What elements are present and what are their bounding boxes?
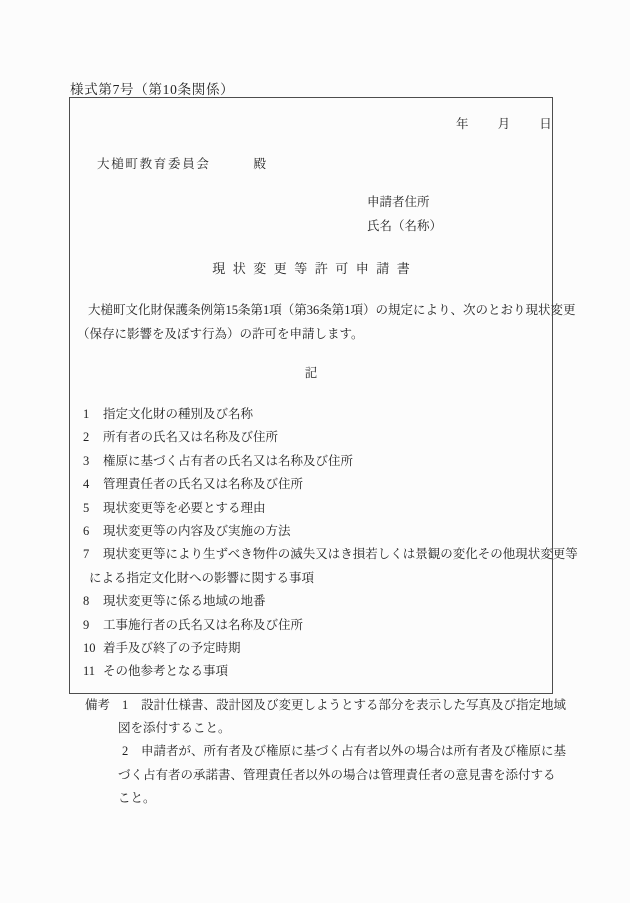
list-item-number: 2 (83, 426, 89, 449)
applicant-address-label: 申請者住所 (367, 190, 442, 214)
statement-line-2: （保存に影響を及ぼす行為）の許可を申請します。 (77, 322, 576, 346)
list-item-number: 3 (83, 450, 89, 473)
list-item-7-continuation: による指定文化財への影響に関する事項 (70, 567, 552, 590)
list-item-9: 9 工事施行者の氏名又は名称及び住所 (70, 614, 552, 637)
date-line: 年 月 日 (456, 114, 552, 132)
remark-item-text: 申請者が、所有者及び権原に基づく占有者以外の場合は所有者及び権原に基 (141, 744, 566, 758)
list-item-text: 指定文化財の種別及び名称 (103, 407, 253, 421)
list-item-7: 7 現状変更等により生ずべき物件の滅失又はき損若しくは景観の変化その他現状変更等 (70, 543, 552, 566)
applicant-name-label: 氏名（名称） (367, 214, 442, 238)
remark-item-number: 2 (122, 740, 128, 763)
list-item-text: 所有者の氏名又は名称及び住所 (103, 430, 278, 444)
list-item-text: その他参考となる事項 (103, 664, 228, 678)
list-item-number: 4 (83, 473, 89, 496)
list-item-number: 8 (83, 590, 89, 613)
list-item-2: 2 所有者の氏名又は名称及び住所 (70, 426, 552, 449)
list-item-text: 現状変更等により生ずべき物件の滅失又はき損若しくは景観の変化その他現状変更等 (103, 547, 578, 561)
form-number-label: 様式第7号（第10条関係） (70, 78, 234, 98)
remark-item-number: 1 (122, 694, 128, 717)
year-label: 年 (456, 117, 469, 131)
remarks-label: 備考 (85, 694, 110, 717)
list-item-number: 11 (83, 660, 95, 683)
addressee-honorific: 殿 (253, 154, 267, 172)
month-label: 月 (498, 114, 511, 132)
remarks-section: 備考 1 設計仕様書、設計図及び変更しようとする部分を表示した写真及び指定地域 … (85, 694, 566, 810)
list-item-number: 5 (83, 497, 89, 520)
remark-item-1-line-1: 1 設計仕様書、設計図及び変更しようとする部分を表示した写真及び指定地域 (118, 694, 566, 717)
list-item-1: 1 指定文化財の種別及び名称 (70, 403, 552, 426)
remarks-items: 1 設計仕様書、設計図及び変更しようとする部分を表示した写真及び指定地域 図を添… (118, 694, 566, 810)
remark-item-1-line-2: 図を添付すること。 (118, 717, 566, 740)
list-item-10: 10 着手及び終了の予定時期 (70, 637, 552, 660)
addressee-line: 大槌町教育委員会 殿 (97, 154, 268, 172)
list-item-text: 工事施行者の氏名又は名称及び住所 (103, 618, 303, 632)
item-list: 1 指定文化財の種別及び名称 2 所有者の氏名又は名称及び住所 3 権原に基づく… (70, 403, 552, 684)
list-item-number: 7 (83, 543, 89, 566)
document-page: 様式第7号（第10条関係） 年 月 日 大槌町教育委員会 殿 申請者住所 氏名（… (0, 0, 630, 903)
list-item-5: 5 現状変更等を必要とする理由 (70, 497, 552, 520)
form-title: 現状変更等許可申請書 (70, 258, 552, 277)
list-item-text: 現状変更等を必要とする理由 (103, 501, 266, 515)
list-item-8: 8 現状変更等に係る地域の地番 (70, 590, 552, 613)
list-item-3: 3 権原に基づく占有者の氏名又は名称及び住所 (70, 450, 552, 473)
list-item-number: 6 (83, 520, 89, 543)
list-item-text: 管理責任者の氏名又は名称及び住所 (103, 477, 303, 491)
list-item-text: 権原に基づく占有者の氏名又は名称及び住所 (103, 454, 353, 468)
list-item-text: 現状変更等に係る地域の地番 (103, 594, 266, 608)
addressee-name: 大槌町教育委員会 (97, 157, 211, 171)
application-form-box: 年 月 日 大槌町教育委員会 殿 申請者住所 氏名（名称） 現状変更等許可申請書… (69, 97, 553, 694)
list-item-number: 1 (83, 403, 89, 426)
list-item-number: 10 (83, 637, 96, 660)
statement-line-1: 大槌町文化財保護条例第15条第1項（第36条第1項）の規定により、次のとおり現状… (77, 298, 576, 322)
list-item-text: 現状変更等の内容及び実施の方法 (103, 524, 291, 538)
applicant-block: 申請者住所 氏名（名称） (367, 190, 442, 238)
remark-item-2-line-1: 2 申請者が、所有者及び権原に基づく占有者以外の場合は所有者及び権原に基 (118, 740, 566, 763)
list-item-text: 着手及び終了の予定時期 (103, 641, 241, 655)
remark-item-2-line-3: こと。 (118, 787, 566, 810)
list-item-6: 6 現状変更等の内容及び実施の方法 (70, 520, 552, 543)
list-item-text: による指定文化財への影響に関する事項 (89, 571, 314, 585)
application-statement: 大槌町文化財保護条例第15条第1項（第36条第1項）の規定により、次のとおり現状… (77, 298, 576, 346)
list-item-11: 11 その他参考となる事項 (70, 660, 552, 683)
day-label: 日 (539, 114, 552, 132)
remark-item-text: 設計仕様書、設計図及び変更しようとする部分を表示した写真及び指定地域 (141, 698, 566, 712)
list-item-number: 9 (83, 614, 89, 637)
record-heading: 記 (70, 363, 552, 381)
remark-item-2-line-2: づく占有者の承諾書、管理責任者以外の場合は管理責任者の意見書を添付する (118, 764, 566, 787)
list-item-4: 4 管理責任者の氏名又は名称及び住所 (70, 473, 552, 496)
